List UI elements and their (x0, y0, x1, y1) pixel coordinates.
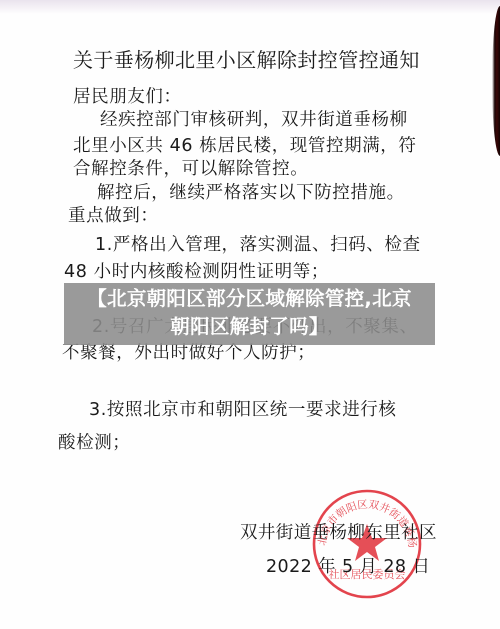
paragraph-line: 重点做到： (68, 205, 159, 227)
signature-date: 2022 年 5 月 28 日 (266, 556, 430, 578)
headline-line-1: 【北京朝阳区部分区域解除管控,北京 (64, 285, 435, 313)
measure-3-line2: 酸检测； (58, 432, 130, 454)
paragraph-line: 合解控条件，可以解除管控。 (73, 158, 308, 180)
signature-organization: 双井街道垂杨柳东里社区 (240, 522, 437, 544)
salutation: 居民朋友们： (73, 86, 182, 108)
paragraph-line: 经疾控部门审核研判，双井街道垂杨柳 (100, 109, 408, 131)
official-seal-icon: 北京市朝阳区双井街道垂杨柳东里 社区居民委员会 (311, 488, 423, 600)
paragraph-line: 北里小区共 46 栋居民楼，现管控期满，符 (73, 135, 417, 157)
headline-text: 【北京朝阳区部分区域解除管控,北京 朝阳区解封了吗】 (64, 285, 435, 341)
measure-2-line2: 不聚餐，外出时做好个人防护； (62, 342, 315, 364)
measure-3-line1: 3.按照北京市和朝阳区统一要求进行核 (89, 399, 397, 421)
document-title: 关于垂杨柳北里小区解除封控管控通知 (73, 47, 420, 73)
paragraph-line: 解控后，继续严格落实以下防控措施。 (97, 182, 405, 204)
measure-1-line1: 1.严格出入管理，落实测温、扫码、检查 (95, 234, 421, 256)
headline-line-2: 朝阳区解封了吗】 (64, 313, 435, 341)
measure-1-line2: 48 小时内核酸检测阴性证明等； (64, 261, 329, 283)
headline-overlay-banner: 【北京朝阳区部分区域解除管控,北京 朝阳区解封了吗】 (64, 283, 435, 345)
